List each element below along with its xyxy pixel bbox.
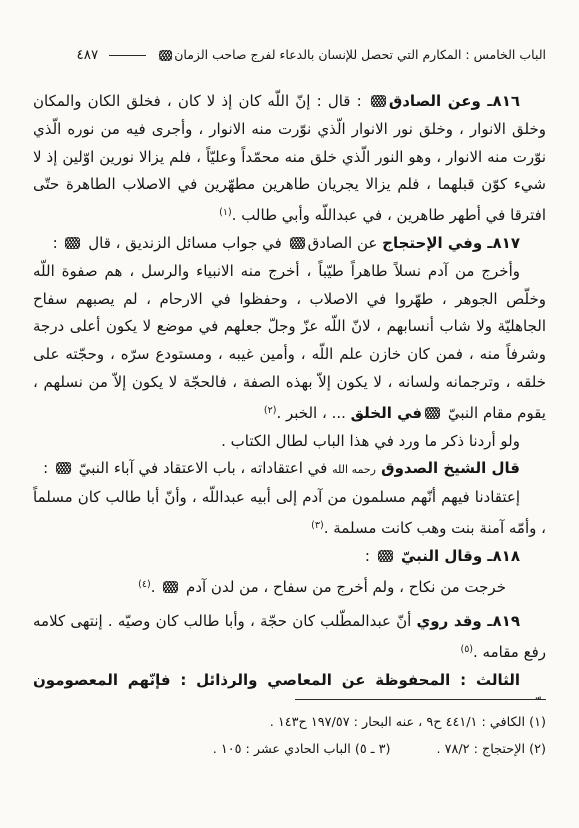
saduq-colon: : <box>43 459 53 477</box>
footnote-marker-4: (٤) <box>138 579 151 590</box>
footnote-separator <box>295 699 546 700</box>
footnote-marker-5: (٥) <box>460 644 473 655</box>
paragraph-hadith-817: ٨١٧ـ وفي الإحتجاج عن الصادق في جواب مسائ… <box>33 230 546 258</box>
hadith-817-mid: عن الصادق <box>308 234 383 252</box>
quote-817-bold-tail: في الخلق <box>351 404 422 422</box>
footnotes-block: (١) الكافي : ٤٤١/١ ح٩ ، عنه البحار : ١٩٧… <box>33 699 546 763</box>
quote-818-text: خرجت من نكاح ، ولم أخرج من سفاح ، من لدن… <box>181 578 506 596</box>
header-rule <box>109 55 146 56</box>
footnote-marker-1: (١) <box>219 207 232 218</box>
hadith-817-lead: ٨١٧ـ وفي الإحتجاج <box>382 234 520 252</box>
paragraph-hadith-816: ٨١٦ـ وعن الصادق : قال : إنّ اللّه كان إذ… <box>33 88 546 230</box>
honorific-seal-icon <box>159 50 172 61</box>
honorific-seal-icon <box>163 581 178 593</box>
honorific-seal-icon <box>425 407 440 419</box>
honorific-seal-icon <box>378 550 393 562</box>
book-page: الباب الخامس : المكارم التي تحصل للإنسان… <box>0 0 579 828</box>
quote-817-tail: ... ، الخبر . <box>276 404 350 422</box>
saduq-quote-text: إعتقادنا فيهم أنّهم مسلمون من آدم إلى أب… <box>33 488 546 537</box>
paragraph-hadith-818: ٨١٨ـ وقال النبيّ : <box>33 543 546 571</box>
footnote-2: (٢) الإحتجاج : ٧٨/٢ . <box>436 736 546 763</box>
footnote-3-5-text: الباب الحادي عشر : ١٠٥ . <box>213 742 355 757</box>
hadith-818-colon: : <box>365 547 375 565</box>
footnote-marker-3: (٣) <box>311 520 324 531</box>
quote-818-end: . <box>151 578 161 596</box>
footnote-range: (٣ ـ ٥) <box>355 742 391 757</box>
hadith-816-text: : قال : إنّ اللّه كان إذ لا كان ، فخلق ا… <box>33 92 546 224</box>
section-third-heading: الثالث : المحفوظة عن المعاصي والرذائل : … <box>33 667 546 700</box>
honorific-phrase: رحمه الله <box>332 463 376 476</box>
page-number: ٤٨٧ <box>76 46 98 64</box>
saduq-statement: قال الشيخ الصدوق رحمه الله في اعتقاداته … <box>33 455 546 484</box>
honorific-seal-icon <box>65 237 80 249</box>
hadith-817-after-seal: في جواب مسائل الزنديق ، قال <box>83 234 286 252</box>
hadith-818-lead: ٨١٨ـ وقال النبيّ <box>396 547 520 565</box>
footnote-3-5: (٣ ـ ٥) الباب الحادي عشر : ١٠٥ . <box>213 736 391 763</box>
saduq-quote: إعتقادنا فيهم أنّهم مسلمون من آدم إلى أب… <box>33 484 546 543</box>
saduq-text: في اعتقاداته ، باب الاعتقاد في آباء النب… <box>74 459 332 477</box>
running-header: الباب الخامس : المكارم التي تحصل للإنسان… <box>33 46 546 64</box>
hadith-819-lead: ٨١٩ـ وقد روي <box>417 612 520 630</box>
honorific-seal-icon <box>56 462 71 474</box>
quote-817-text: وأخرج من آدم نسلاً طاهراً طيّباً ، أخرج … <box>33 262 546 422</box>
quote-hadith-818: خرجت من نكاح ، ولم أخرج من سفاح ، من لدن… <box>33 571 546 602</box>
honorific-seal-icon <box>290 237 305 249</box>
footnote-marker-2: (٢) <box>264 405 277 416</box>
hadith-816-lead: ٨١٦ـ وعن الصادق <box>389 92 520 110</box>
quote-hadith-817: وأخرج من آدم نسلاً طاهراً طيّباً ، أخرج … <box>33 258 546 428</box>
transition-line: ولو أردنا ذكر ما ورد في هذا الباب لطال ا… <box>33 428 546 456</box>
saduq-lead: قال الشيخ الصدوق <box>376 459 520 477</box>
footnote-line-2: (٢) الإحتجاج : ٧٨/٢ . (٣ ـ ٥) الباب الحا… <box>33 736 546 763</box>
body-text: ٨١٦ـ وعن الصادق : قال : إنّ اللّه كان إذ… <box>33 88 546 700</box>
footnote-line-1: (١) الكافي : ٤٤١/١ ح٩ ، عنه البحار : ١٩٧… <box>33 709 546 736</box>
paragraph-hadith-819: ٨١٩ـ وقد روي أنّ عبدالمطّلب كان حجّة ، و… <box>33 608 546 667</box>
chapter-title: الباب الخامس : المكارم التي تحصل للإنسان… <box>174 46 546 64</box>
hadith-817-colon: : <box>53 234 63 252</box>
honorific-seal-icon <box>371 95 386 107</box>
